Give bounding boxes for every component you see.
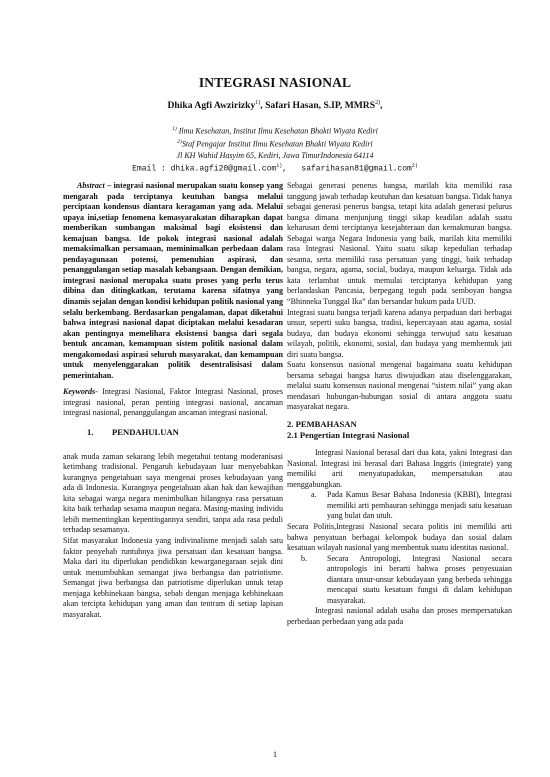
section-heading-2: 2. PEMBAHASAN <box>287 419 512 430</box>
paragraph: Secara Politis,Integrasi Nasional secara… <box>287 522 512 554</box>
right-column: Sebagai generasi penerus bangsa, marilah… <box>287 181 512 627</box>
list-item-b: b.Secara Antropologi, Integrasi Nasional… <box>287 554 512 607</box>
abstract: Abstract – integrasi nasional merupakan … <box>63 181 283 381</box>
page-number: 1 <box>0 749 550 759</box>
keywords: Keywords- Integrasi Nasional, Faktor Int… <box>63 387 283 419</box>
paragraph: anak muda zaman sekarang lebih megetahui… <box>63 452 283 536</box>
section-heading-1: 1.PENDAHULUAN <box>87 427 283 438</box>
address: Jl KH Wahid Hasyim 65, Kediri, Jawa Timu… <box>0 151 550 162</box>
author-trailing: , <box>380 100 382 111</box>
author-line: Dhika Agfi Awzirizky1), Safari Hasan, S.… <box>0 100 550 111</box>
list-marker: a. <box>299 490 327 522</box>
list-text: Pada Kamus Besar Bahasa Indonesia (KBBI)… <box>327 490 512 522</box>
paragraph: Integrasi nasional adalah usaha dan pros… <box>287 606 512 627</box>
affil-text: Ilmu Kesehatan, Institut Ilmu Kesehatan … <box>177 127 378 136</box>
email-mark: 2) <box>412 163 418 169</box>
affiliation-1: 1) Ilmu Kesehatan, Institut Ilmu Kesehat… <box>0 124 550 137</box>
paragraph: Suatu konsensus nasional mengenai bagaim… <box>287 360 512 413</box>
email-link-2[interactable]: safarihasan81@gmail.com <box>301 165 411 174</box>
affil-text: Staf Pengajar Institut Ilmu Kesehatan Bh… <box>182 140 373 149</box>
paragraph: Sebagai generasi penerus bangsa, marilah… <box>287 181 512 308</box>
list-marker: b. <box>287 554 327 607</box>
paper-title: INTEGRASI NASIONAL <box>0 75 550 91</box>
section-title: PENDAHULUAN <box>112 427 179 437</box>
author-name: Dhika Agfi Awzirizky <box>168 100 256 111</box>
list-text: Secara Antropologi, Integrasi Nasional s… <box>327 554 512 607</box>
email-separator: , <box>282 165 301 174</box>
paragraph: Integrasi suatu bangsa terjadi karena ad… <box>287 308 512 361</box>
left-column: Abstract – integrasi nasional merupakan … <box>63 181 283 620</box>
email-link-1[interactable]: dhika.agfi20@gmail.com <box>171 165 277 174</box>
abstract-label: Abstract <box>77 181 105 190</box>
keywords-label: Keywords- <box>63 387 98 396</box>
section-number: 1. <box>87 427 112 438</box>
subsection-heading-2-1: 2.1 Pengertian Integrasi Nasional <box>287 430 512 441</box>
list-item-a: a.Pada Kamus Besar Bahasa Indonesia (KBB… <box>299 490 512 522</box>
email-label: Email : <box>132 165 170 174</box>
affiliation-2: 2)Staf Pengajar Institut Ilmu Kesehatan … <box>0 137 550 150</box>
paragraph: Integrasi Nasional berasal dari dua kata… <box>287 448 512 490</box>
email-line: Email : dhika.agfi20@gmail.com1), safari… <box>0 161 550 175</box>
affiliations: 1) Ilmu Kesehatan, Institut Ilmu Kesehat… <box>0 124 550 175</box>
author-name: Safari Hasan, S.IP, MMRS <box>265 100 375 111</box>
paragraph: Sifat masyarakat Indonesia yang indivina… <box>63 536 283 620</box>
abstract-text: – integrasi nasional merupakan suatu kon… <box>63 181 283 380</box>
